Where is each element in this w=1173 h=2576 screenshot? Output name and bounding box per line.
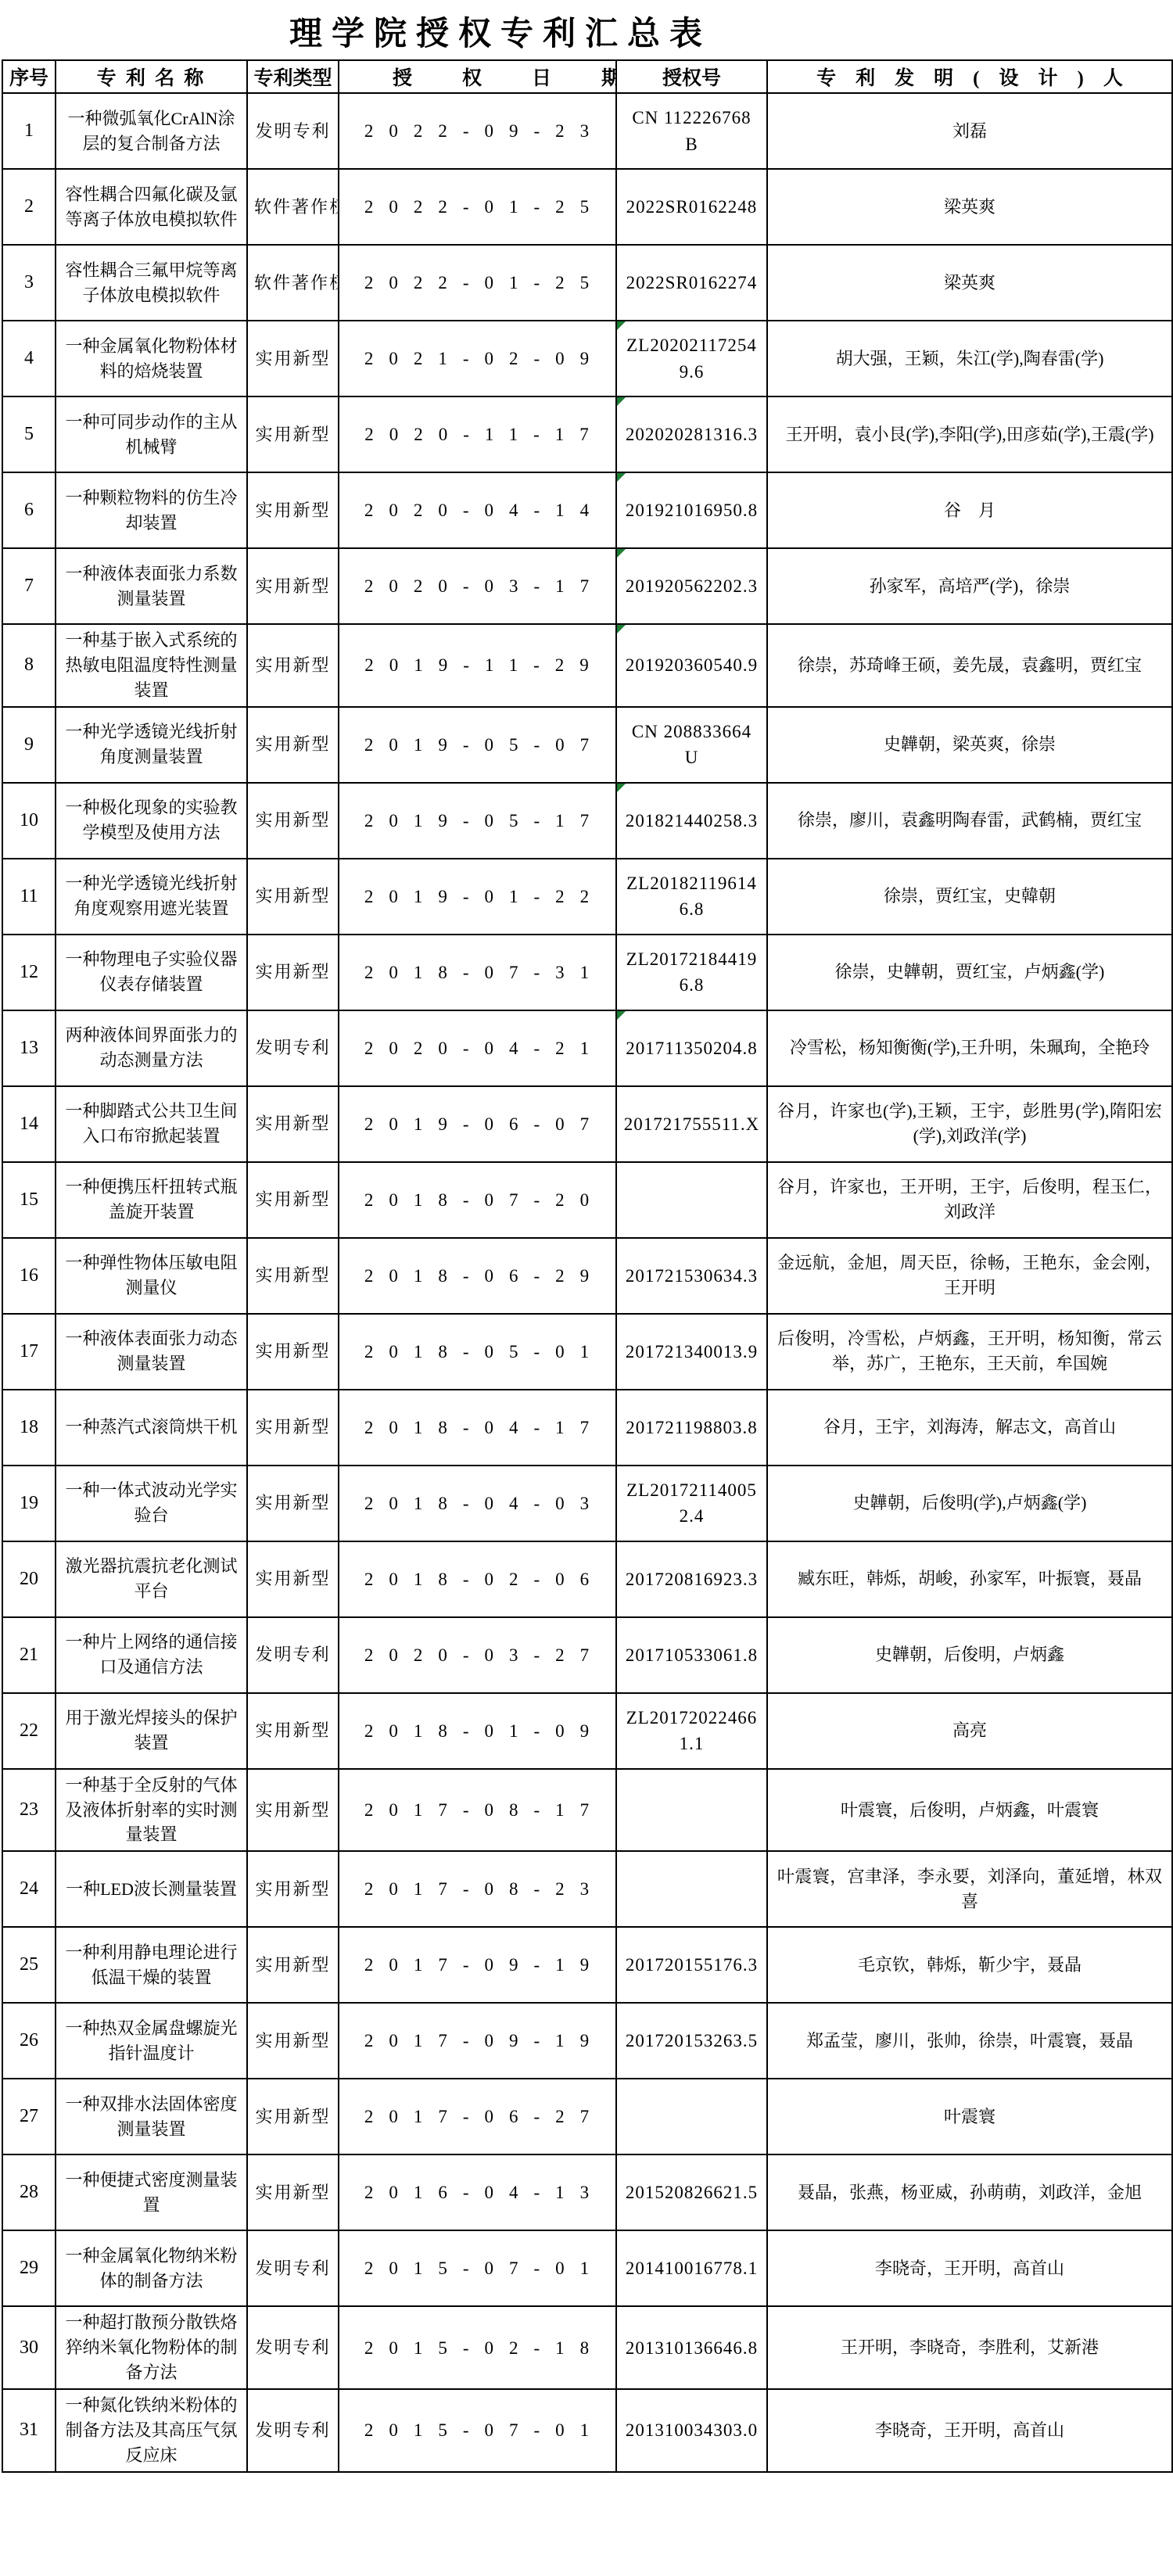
cell-grant-date: 2020-03-17 <box>339 548 616 624</box>
cell-patent-type: 发明专利 <box>247 2230 339 2306</box>
patent-table: 序号 专 利 名 称 专利类型 授权日期 授权号 专利发明(设计)人 1一种微弧… <box>2 59 1173 2473</box>
table-row: 5一种可同步动作的主从机械臂实用新型2020-11-17202020281316… <box>2 396 1172 472</box>
cell-inventors: 胡大强，王颖，朱江(学),陶春雷(学) <box>767 321 1172 396</box>
cell-serial-number: 17 <box>2 1314 56 1390</box>
cell-patent-type: 实用新型 <box>247 1541 339 1617</box>
cell-grant-date: 2017-06-27 <box>339 2079 616 2154</box>
table-row: 19一种一体式波动光学实验台实用新型2018-04-03ZL2017211400… <box>2 1466 1172 1541</box>
cell-inventors: 徐崇，贾红宝，史韓朝 <box>767 859 1172 935</box>
page-title: 理学院授权专利汇总表 <box>0 8 1001 55</box>
table-row: 18一种蒸汽式滚筒烘干机实用新型2018-04-17201721198803.8… <box>2 1390 1172 1466</box>
cell-grant-date: 2018-02-06 <box>339 1541 616 1617</box>
table-row: 16一种弹性物体压敏电阻测量仪实用新型2018-06-2920172153063… <box>2 1238 1172 1314</box>
cell-grant-number: ZL201720224661.1 <box>616 1693 767 1769</box>
cell-inventors: 金远航，金旭，周天臣，徐畅，王艳东，金会刚，王开明 <box>767 1238 1172 1314</box>
table-row: 10一种极化现象的实验教学模型及使用方法实用新型2019-05-17201821… <box>2 783 1172 859</box>
cell-patent-name: 一种物理电子实验仪器仪表存储装置 <box>56 935 247 1010</box>
cell-grant-number: 2022SR0162248 <box>616 169 767 245</box>
cell-grant-date: 2018-05-01 <box>339 1314 616 1390</box>
cell-grant-number: 201921016950.8 <box>616 472 767 548</box>
cell-patent-name: 一种片上网络的通信接口及通信方法 <box>56 1617 247 1693</box>
cell-patent-type: 实用新型 <box>247 1390 339 1466</box>
cell-patent-name: 一种光学透镜光线折射角度测量装置 <box>56 707 247 783</box>
cell-patent-type: 实用新型 <box>247 1769 339 1852</box>
cell-patent-name: 一种液体表面张力系数测量装置 <box>56 548 247 624</box>
table-row: 30一种超打散预分散铁烙猝纳米氧化物粉体的制备方法发明专利2015-02-182… <box>2 2306 1172 2389</box>
cell-grant-number: 201410016778.1 <box>616 2230 767 2306</box>
cell-inventors: 高亮 <box>767 1693 1172 1769</box>
cell-grant-number: 201310034303.0 <box>616 2389 767 2472</box>
cell-patent-type: 软件著作权 <box>247 245 339 321</box>
cell-grant-number: ZL202021172549.6 <box>616 321 767 396</box>
table-row: 8一种基于嵌入式系统的热敏电阻温度特性测量装置实用新型2019-11-29201… <box>2 624 1172 707</box>
cell-serial-number: 16 <box>2 1238 56 1314</box>
cell-patent-type: 实用新型 <box>247 1238 339 1314</box>
col-header-type: 专利类型 <box>247 60 339 93</box>
cell-patent-type: 发明专利 <box>247 1010 339 1086</box>
cell-grant-date: 2020-04-21 <box>339 1010 616 1086</box>
cell-grant-number: 201821440258.3 <box>616 783 767 859</box>
cell-grant-date: 2019-05-17 <box>339 783 616 859</box>
cell-serial-number: 14 <box>2 1086 56 1162</box>
cell-serial-number: 28 <box>2 2154 56 2230</box>
cell-patent-type: 实用新型 <box>247 1162 339 1238</box>
cell-grant-date: 2021-02-09 <box>339 321 616 396</box>
cell-serial-number: 10 <box>2 783 56 859</box>
cell-grant-number: CN 112226768 B <box>616 93 767 169</box>
cell-grant-date: 2019-06-07 <box>339 1086 616 1162</box>
table-row: 25一种利用静电理论进行低温干燥的装置实用新型2017-09-192017201… <box>2 1927 1172 2003</box>
cell-patent-type: 发明专利 <box>247 93 339 169</box>
cell-grant-number: CN 208833664 U <box>616 707 767 783</box>
cell-patent-type: 实用新型 <box>247 1314 339 1390</box>
cell-grant-date: 2022-01-25 <box>339 169 616 245</box>
cell-inventors: 史韡朝，梁英爽，徐崇 <box>767 707 1172 783</box>
table-row: 17一种液体表面张力动态测量装置实用新型2018-05-012017213400… <box>2 1314 1172 1390</box>
cell-grant-number <box>616 1769 767 1852</box>
cell-serial-number: 15 <box>2 1162 56 1238</box>
cell-grant-number: 201920562202.3 <box>616 548 767 624</box>
table-row: 11一种光学透镜光线折射角度观察用遮光装置实用新型2019-01-22ZL201… <box>2 859 1172 935</box>
cell-serial-number: 18 <box>2 1390 56 1466</box>
cell-inventors: 叶震寰，宫聿泽，李永要，刘泽向，董延增，林双喜 <box>767 1851 1172 1927</box>
cell-patent-type: 软件著作权 <box>247 169 339 245</box>
cell-serial-number: 21 <box>2 1617 56 1693</box>
table-row: 24一种LED波长测量装置实用新型2017-08-23叶震寰，宫聿泽，李永要，刘… <box>2 1851 1172 1927</box>
cell-patent-name: 一种便捷式密度测量装置 <box>56 2154 247 2230</box>
table-row: 2容性耦合四氟化碳及氩等离子体放电模拟软件软件著作权2022-01-252022… <box>2 169 1172 245</box>
cell-grant-number: 201721198803.8 <box>616 1390 767 1466</box>
cell-patent-type: 实用新型 <box>247 1466 339 1541</box>
cell-patent-name: 一种氮化铁纳米粉体的制备方法及其高压气氛反应床 <box>56 2389 247 2472</box>
cell-serial-number: 29 <box>2 2230 56 2306</box>
cell-inventors: 冷雪松，杨知衡衡(学),王升明，朱珮珣，全艳玲 <box>767 1010 1172 1086</box>
cell-serial-number: 22 <box>2 1693 56 1769</box>
table-row: 31一种氮化铁纳米粉体的制备方法及其高压气氛反应床发明专利2015-07-012… <box>2 2389 1172 2472</box>
cell-error-triangle-icon <box>617 784 626 792</box>
cell-inventors: 孙家军，高培严(学)，徐崇 <box>767 548 1172 624</box>
cell-inventors: 毛京钦，韩烁，靳少宇，聂晶 <box>767 1927 1172 2003</box>
cell-patent-name: 一种超打散预分散铁烙猝纳米氧化物粉体的制备方法 <box>56 2306 247 2389</box>
cell-patent-name: 一种金属氧化物纳米粉体的制备方法 <box>56 2230 247 2306</box>
cell-inventors: 徐崇，廖川，袁鑫明陶春雷，武鹤楠，贾红宝 <box>767 783 1172 859</box>
cell-grant-date: 2018-04-17 <box>339 1390 616 1466</box>
cell-grant-number: 201920360540.9 <box>616 624 767 707</box>
cell-patent-type: 实用新型 <box>247 472 339 548</box>
cell-inventors: 聂晶，张燕，杨亚威，孙萌萌，刘政洋，金旭 <box>767 2154 1172 2230</box>
cell-grant-number: 201720153263.5 <box>616 2003 767 2079</box>
cell-inventors: 徐崇，苏琦峰王硕，姜先晟，袁鑫明，贾红宝 <box>767 624 1172 707</box>
cell-serial-number: 4 <box>2 321 56 396</box>
table-row: 27一种双排水法固体密度测量装置实用新型2017-06-27叶震寰 <box>2 2079 1172 2154</box>
cell-grant-date: 2018-04-03 <box>339 1466 616 1541</box>
cell-inventors: 王开明，李晓奇，李胜利，艾新港 <box>767 2306 1172 2389</box>
cell-grant-number <box>616 1851 767 1927</box>
cell-patent-name: 一种基于全反射的气体及液体折射率的实时测量装置 <box>56 1769 247 1852</box>
cell-grant-number: 202020281316.3 <box>616 396 767 472</box>
cell-patent-type: 实用新型 <box>247 1086 339 1162</box>
cell-patent-type: 实用新型 <box>247 935 339 1010</box>
cell-grant-date: 2019-01-22 <box>339 859 616 935</box>
cell-patent-name: 两种液体间界面张力的动态测量方法 <box>56 1010 247 1086</box>
cell-patent-type: 实用新型 <box>247 1851 339 1927</box>
cell-patent-name: 一种金属氧化物粉体材料的焙烧装置 <box>56 321 247 396</box>
cell-inventors: 李晓奇，王开明，高首山 <box>767 2230 1172 2306</box>
cell-patent-name: 一种热双金属盘螺旋光指针温度计 <box>56 2003 247 2079</box>
cell-serial-number: 30 <box>2 2306 56 2389</box>
cell-patent-type: 实用新型 <box>247 2003 339 2079</box>
cell-patent-name: 一种弹性物体压敏电阻测量仪 <box>56 1238 247 1314</box>
cell-patent-name: 一种蒸汽式滚筒烘干机 <box>56 1390 247 1466</box>
title-area: 理学院授权专利汇总表 <box>0 0 1001 55</box>
cell-grant-date: 2018-07-20 <box>339 1162 616 1238</box>
col-header-number: 授权号 <box>616 60 767 93</box>
table-row: 21一种片上网络的通信接口及通信方法发明专利2020-03-2720171053… <box>2 1617 1172 1693</box>
cell-grant-number <box>616 1162 767 1238</box>
cell-grant-date: 2018-06-29 <box>339 1238 616 1314</box>
cell-serial-number: 7 <box>2 548 56 624</box>
table-row: 28一种便捷式密度测量装置实用新型2016-04-13201520826621.… <box>2 2154 1172 2230</box>
cell-grant-number: 201310136646.8 <box>616 2306 767 2389</box>
col-header-inventors: 专利发明(设计)人 <box>767 60 1172 93</box>
cell-patent-name: 一种便携压杆扭转式瓶盖旋开装置 <box>56 1162 247 1238</box>
cell-grant-number: 2022SR0162274 <box>616 245 767 321</box>
table-row: 13两种液体间界面张力的动态测量方法发明专利2020-04-2120171135… <box>2 1010 1172 1086</box>
cell-inventors: 谷 月 <box>767 472 1172 548</box>
cell-inventors: 刘磊 <box>767 93 1172 169</box>
cell-grant-date: 2016-04-13 <box>339 2154 616 2230</box>
cell-patent-name: 容性耦合三氟甲烷等离子体放电模拟软件 <box>56 245 247 321</box>
cell-grant-number: 201720816923.3 <box>616 1541 767 1617</box>
cell-inventors: 臧东旺，韩烁，胡峻，孙家军，叶振寰，聂晶 <box>767 1541 1172 1617</box>
cell-inventors: 郑孟莹，廖川，张帅，徐崇，叶震寰，聂晶 <box>767 2003 1172 2079</box>
cell-grant-number: 201520826621.5 <box>616 2154 767 2230</box>
cell-grant-number: 201721340013.9 <box>616 1314 767 1390</box>
cell-inventors: 李晓奇，王开明，高首山 <box>767 2389 1172 2472</box>
cell-patent-name: 一种可同步动作的主从机械臂 <box>56 396 247 472</box>
cell-grant-date: 2015-02-18 <box>339 2306 616 2389</box>
cell-patent-name: 一种极化现象的实验教学模型及使用方法 <box>56 783 247 859</box>
cell-grant-number: 201710533061.8 <box>616 1617 767 1693</box>
cell-grant-date: 2020-03-27 <box>339 1617 616 1693</box>
header-row: 序号 专 利 名 称 专利类型 授权日期 授权号 专利发明(设计)人 <box>2 60 1172 93</box>
cell-grant-number: ZL201821196146.8 <box>616 859 767 935</box>
cell-serial-number: 25 <box>2 1927 56 2003</box>
table-row: 22用于激光焊接头的保护装置实用新型2018-01-09ZL2017202246… <box>2 1693 1172 1769</box>
col-header-no: 序号 <box>2 60 56 93</box>
table-row: 6一种颗粒物料的仿生冷却装置实用新型2020-04-14201921016950… <box>2 472 1172 548</box>
cell-grant-date: 2018-07-31 <box>339 935 616 1010</box>
cell-inventors: 梁英爽 <box>767 169 1172 245</box>
cell-grant-number: 201721755511.X <box>616 1086 767 1162</box>
cell-error-triangle-icon <box>617 1011 626 1020</box>
cell-inventors: 后俊明，冷雪松，卢炳鑫，王开明，杨知衡，常云举，苏广，王艳东，王天前，牟国婉 <box>767 1314 1172 1390</box>
table-row: 23一种基于全反射的气体及液体折射率的实时测量装置实用新型2017-08-17叶… <box>2 1769 1172 1852</box>
table-row: 1一种微弧氧化CrAlN涂层的复合制备方法发明专利2022-09-23CN 11… <box>2 93 1172 169</box>
cell-grant-date: 2022-09-23 <box>339 93 616 169</box>
cell-inventors: 谷月，许家也(学),王颖，王宇，彭胜男(学),隋阳宏(学),刘政洋(学) <box>767 1086 1172 1162</box>
cell-inventors: 徐崇，史韡朝，贾红宝，卢炳鑫(学) <box>767 935 1172 1010</box>
cell-grant-date: 2017-08-23 <box>339 1851 616 1927</box>
cell-error-triangle-icon <box>617 473 626 482</box>
cell-grant-number: ZL201721140052.4 <box>616 1466 767 1541</box>
cell-patent-type: 实用新型 <box>247 2154 339 2230</box>
cell-serial-number: 13 <box>2 1010 56 1086</box>
cell-patent-type: 实用新型 <box>247 1693 339 1769</box>
cell-serial-number: 24 <box>2 1851 56 1927</box>
cell-patent-type: 实用新型 <box>247 2079 339 2154</box>
cell-patent-type: 实用新型 <box>247 624 339 707</box>
table-row: 4一种金属氧化物粉体材料的焙烧装置实用新型2021-02-09ZL2020211… <box>2 321 1172 396</box>
cell-patent-name: 一种微弧氧化CrAlN涂层的复合制备方法 <box>56 93 247 169</box>
cell-grant-number: 201720155176.3 <box>616 1927 767 2003</box>
cell-serial-number: 26 <box>2 2003 56 2079</box>
cell-grant-date: 2019-05-07 <box>339 707 616 783</box>
cell-inventors: 叶震寰 <box>767 2079 1172 2154</box>
cell-patent-name: 用于激光焊接头的保护装置 <box>56 1693 247 1769</box>
cell-patent-name: 一种一体式波动光学实验台 <box>56 1466 247 1541</box>
cell-patent-type: 发明专利 <box>247 1617 339 1693</box>
cell-inventors: 王开明，袁小艮(学),李阳(学),田彦茹(学),王震(学) <box>767 396 1172 472</box>
cell-grant-date: 2017-09-19 <box>339 1927 616 2003</box>
cell-serial-number: 2 <box>2 169 56 245</box>
cell-serial-number: 23 <box>2 1769 56 1852</box>
cell-serial-number: 12 <box>2 935 56 1010</box>
cell-grant-number: 201721530634.3 <box>616 1238 767 1314</box>
cell-patent-name: 容性耦合四氟化碳及氩等离子体放电模拟软件 <box>56 169 247 245</box>
cell-patent-type: 实用新型 <box>247 548 339 624</box>
cell-serial-number: 8 <box>2 624 56 707</box>
cell-grant-number: ZL201721844196.8 <box>616 935 767 1010</box>
cell-patent-type: 实用新型 <box>247 859 339 935</box>
table-row: 26一种热双金属盘螺旋光指针温度计实用新型2017-09-19201720153… <box>2 2003 1172 2079</box>
cell-patent-name: 一种脚踏式公共卫生间入口布帘掀起装置 <box>56 1086 247 1162</box>
cell-inventors: 史韡朝，后俊明(学),卢炳鑫(学) <box>767 1466 1172 1541</box>
cell-patent-name: 一种光学透镜光线折射角度观察用遮光装置 <box>56 859 247 935</box>
cell-inventors: 谷月，王宇，刘海涛，解志文，高首山 <box>767 1390 1172 1466</box>
cell-inventors: 史韡朝，后俊明，卢炳鑫 <box>767 1617 1172 1693</box>
cell-grant-date: 2020-04-14 <box>339 472 616 548</box>
cell-patent-type: 实用新型 <box>247 783 339 859</box>
cell-patent-name: 一种双排水法固体密度测量装置 <box>56 2079 247 2154</box>
cell-grant-date: 2022-01-25 <box>339 245 616 321</box>
cell-error-triangle-icon <box>617 549 626 558</box>
table-row: 20激光器抗震抗老化测试平台实用新型2018-02-06201720816923… <box>2 1541 1172 1617</box>
cell-patent-type: 发明专利 <box>247 2389 339 2472</box>
cell-serial-number: 1 <box>2 93 56 169</box>
cell-serial-number: 6 <box>2 472 56 548</box>
cell-patent-type: 发明专利 <box>247 2306 339 2389</box>
cell-grant-date: 2018-01-09 <box>339 1693 616 1769</box>
cell-serial-number: 3 <box>2 245 56 321</box>
cell-patent-name: 一种颗粒物料的仿生冷却装置 <box>56 472 247 548</box>
cell-grant-date: 2017-09-19 <box>339 2003 616 2079</box>
cell-patent-type: 实用新型 <box>247 707 339 783</box>
cell-error-triangle-icon <box>617 397 626 406</box>
table-row: 3容性耦合三氟甲烷等离子体放电模拟软件软件著作权2022-01-252022SR… <box>2 245 1172 321</box>
cell-error-triangle-icon <box>617 321 626 330</box>
table-row: 9一种光学透镜光线折射角度测量装置实用新型2019-05-07CN 208833… <box>2 707 1172 783</box>
cell-serial-number: 9 <box>2 707 56 783</box>
cell-grant-date: 2019-11-29 <box>339 624 616 707</box>
cell-serial-number: 31 <box>2 2389 56 2472</box>
cell-patent-name: 一种LED波长测量装置 <box>56 1851 247 1927</box>
cell-grant-date: 2020-11-17 <box>339 396 616 472</box>
col-header-date: 授权日期 <box>339 60 616 93</box>
cell-grant-number <box>616 2079 767 2154</box>
table-row: 12一种物理电子实验仪器仪表存储装置实用新型2018-07-31ZL201721… <box>2 935 1172 1010</box>
cell-patent-name: 激光器抗震抗老化测试平台 <box>56 1541 247 1617</box>
cell-serial-number: 5 <box>2 396 56 472</box>
cell-grant-date: 2015-07-01 <box>339 2230 616 2306</box>
cell-serial-number: 19 <box>2 1466 56 1541</box>
cell-serial-number: 11 <box>2 859 56 935</box>
cell-patent-name: 一种基于嵌入式系统的热敏电阻温度特性测量装置 <box>56 624 247 707</box>
table-row: 15一种便携压杆扭转式瓶盖旋开装置实用新型2018-07-20谷月，许家也，王开… <box>2 1162 1172 1238</box>
cell-patent-name: 一种液体表面张力动态测量装置 <box>56 1314 247 1390</box>
cell-serial-number: 27 <box>2 2079 56 2154</box>
cell-patent-type: 实用新型 <box>247 396 339 472</box>
table-row: 29一种金属氧化物纳米粉体的制备方法发明专利2015-07-0120141001… <box>2 2230 1172 2306</box>
cell-patent-name: 一种利用静电理论进行低温干燥的装置 <box>56 1927 247 2003</box>
cell-inventors: 叶震寰，后俊明，卢炳鑫，叶震寰 <box>767 1769 1172 1852</box>
cell-patent-type: 实用新型 <box>247 1927 339 2003</box>
cell-inventors: 谷月，许家也，王开明，王宇，后俊明，程玉仁，刘政洋 <box>767 1162 1172 1238</box>
cell-grant-number: 201711350204.8 <box>616 1010 767 1086</box>
col-header-name: 专 利 名 称 <box>56 60 247 93</box>
cell-serial-number: 20 <box>2 1541 56 1617</box>
table-row: 14一种脚踏式公共卫生间入口布帘掀起装置实用新型2019-06-07201721… <box>2 1086 1172 1162</box>
cell-grant-date: 2015-07-01 <box>339 2389 616 2472</box>
cell-grant-date: 2017-08-17 <box>339 1769 616 1852</box>
cell-patent-type: 实用新型 <box>247 321 339 396</box>
table-row: 7一种液体表面张力系数测量装置实用新型2020-03-1720192056220… <box>2 548 1172 624</box>
cell-error-triangle-icon <box>617 625 626 633</box>
cell-inventors: 梁英爽 <box>767 245 1172 321</box>
table-body: 1一种微弧氧化CrAlN涂层的复合制备方法发明专利2022-09-23CN 11… <box>2 93 1172 2472</box>
